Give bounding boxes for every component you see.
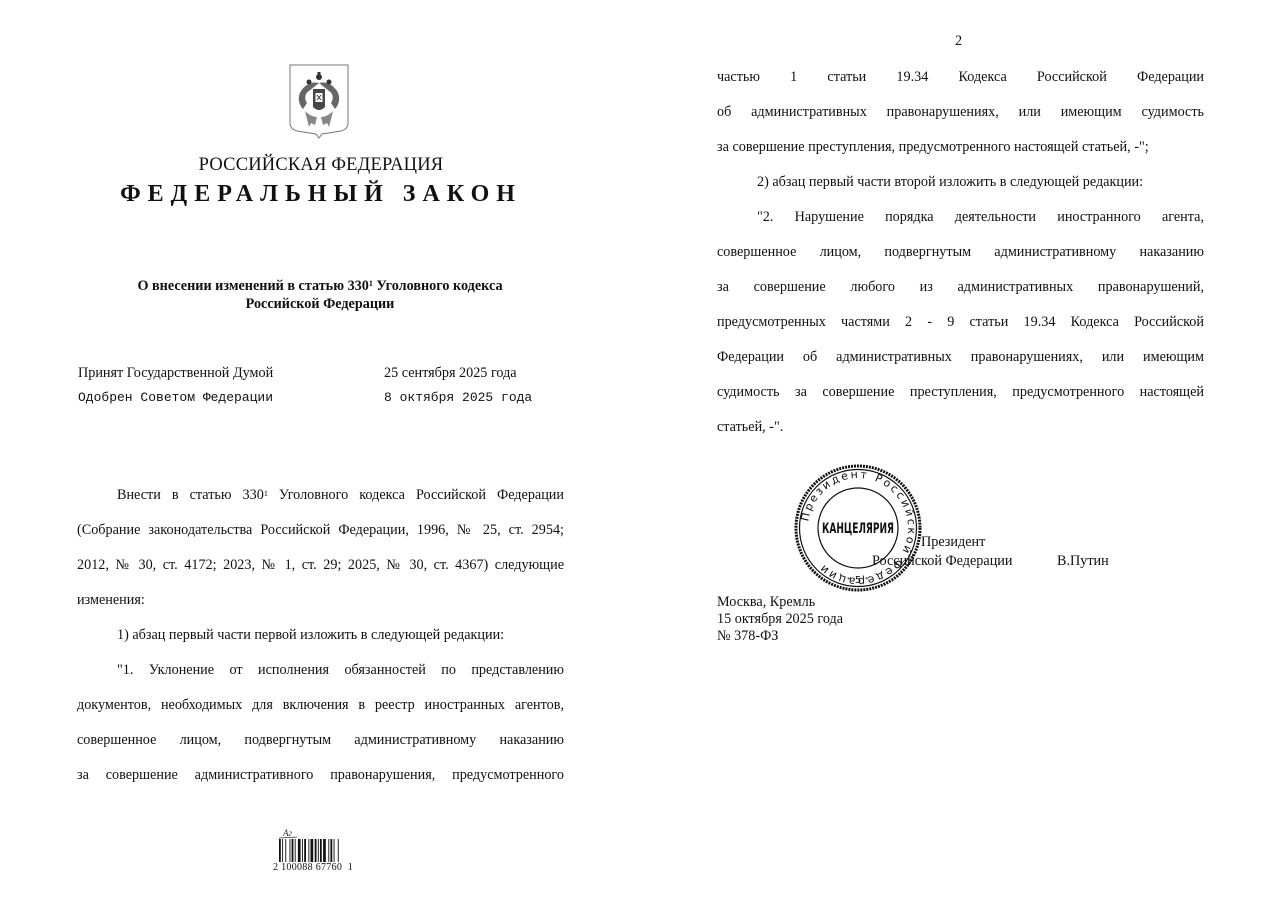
law-title: О внесении изменений в статью 3301 Уголо… — [80, 277, 560, 313]
law-number: № 378-ФЗ — [717, 628, 843, 645]
body-line: об административных правонарушениях, или… — [717, 95, 1204, 130]
signing-date: 15 октября 2025 года — [717, 611, 843, 628]
right-page-body: частью 1 статьи 19.34 Кодекса Российской… — [717, 60, 1204, 445]
stamp-center-text: КАНЦЕЛЯРИЯ — [822, 521, 894, 537]
body-line: за совершение преступления, предусмотрен… — [717, 130, 1204, 165]
coat-of-arms-of-russia-icon — [287, 63, 351, 139]
body-line: совершенное лицом, подвергнутым админист… — [717, 235, 1204, 270]
body-line: за совершение любого из административных… — [717, 270, 1204, 305]
country-heading: РОССИЙСКАЯ ФЕДЕРАЦИЯ — [0, 155, 642, 176]
body-line: за совершение административного правонар… — [77, 758, 564, 793]
body-line: Федерации об административных правонаруш… — [717, 340, 1204, 375]
signing-place: Москва, Кремль — [717, 594, 843, 611]
left-page-body: Внести в статью 3301 Уголовного кодекса … — [77, 478, 564, 793]
svg-text:*: * — [847, 576, 851, 584]
barcode: Аг — [277, 826, 361, 882]
adoption-date: 25 сентября 2025 года — [384, 365, 517, 382]
document-type-heading: ФЕДЕРАЛЬНЫЙ ЗАКОН — [0, 181, 642, 208]
body-line: частью 1 статьи 19.34 Кодекса Российской… — [717, 60, 1204, 95]
body-line: совершенное лицом, подвергнутым админист… — [77, 723, 564, 758]
body-line: документов, необходимых для включения в … — [77, 688, 564, 723]
body-line: "2. Нарушение порядка деятельности иност… — [717, 200, 1204, 235]
body-line: изменения: — [77, 583, 564, 618]
barcode-number: 2 100088 67760 1 — [273, 862, 353, 873]
official-stamp: Президент Российской Федерации КАНЦЕЛЯРИ… — [793, 463, 923, 593]
body-line: статьей, -". — [717, 410, 1204, 445]
body-line: судимость за совершение преступления, пр… — [717, 375, 1204, 410]
place-and-date-block: Москва, Кремль 15 октября 2025 года № 37… — [717, 594, 843, 645]
body-line: 2) абзац первый части второй изложить в … — [717, 165, 1204, 200]
body-line: "1. Уклонение от исполнения обязанностей… — [77, 653, 564, 688]
page-number: 2 — [955, 33, 962, 50]
body-line: предусмотренных частями 2 - 9 статьи 19.… — [717, 305, 1204, 340]
adoption-label: Одобрен Советом Федерации — [78, 390, 273, 405]
law-title-line-1: О внесении изменений в статью 3301 Уголо… — [80, 277, 560, 295]
body-line: Внести в статью 3301 Уголовного кодекса … — [77, 478, 564, 513]
body-line: 1) абзац первый части первой изложить в … — [77, 618, 564, 653]
law-title-line-2: Российской Федерации — [80, 295, 560, 313]
svg-text:*: * — [865, 576, 869, 584]
signatory-name: В.Путин — [1057, 553, 1109, 570]
adoption-date: 8 октября 2025 года — [384, 390, 532, 405]
stamp-number: 5 — [855, 575, 861, 586]
barcode-mark: Аг — [282, 828, 292, 838]
body-line: (Собрание законодательства Российской Фе… — [77, 513, 564, 548]
adoption-label: Принят Государственной Думой — [78, 365, 273, 382]
body-line: 2012, № 30, ст. 4172; 2023, № 1, ст. 29;… — [77, 548, 564, 583]
signatory-title-line-1: Президент — [921, 534, 985, 551]
